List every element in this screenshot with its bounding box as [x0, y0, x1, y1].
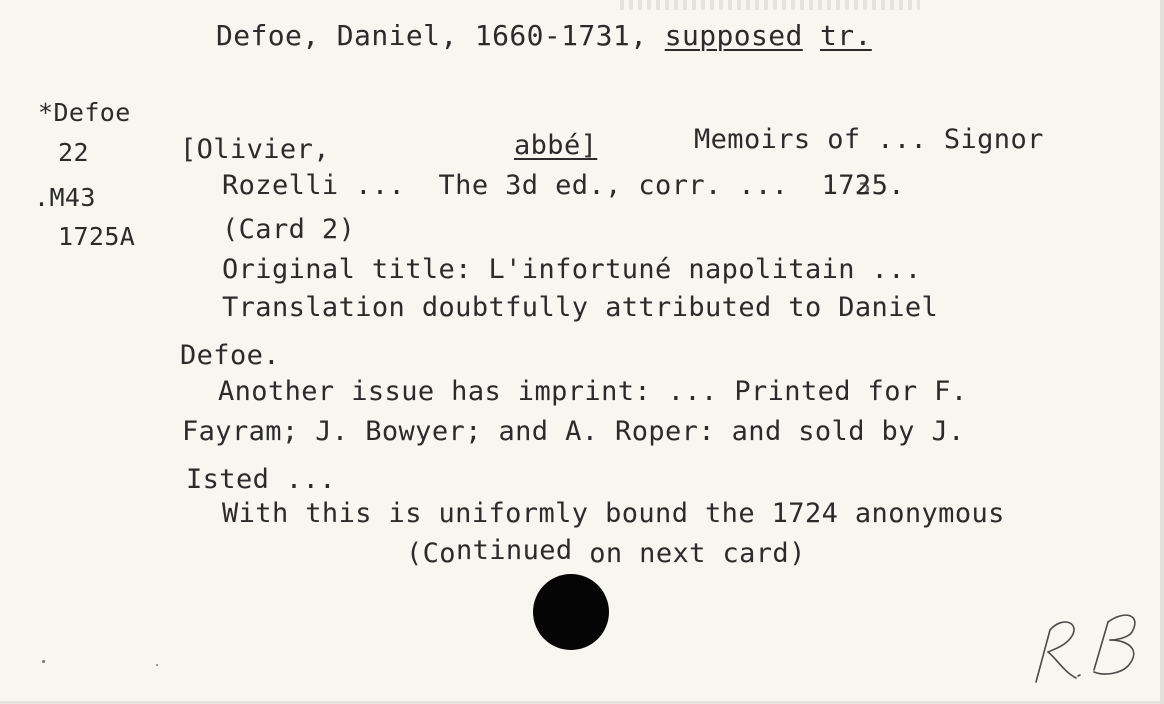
top-edge-stamp-smudge: [620, 0, 920, 10]
catalog-card: Defoe, Daniel, 1660-1731, supposed tr. *…: [0, 0, 1164, 704]
heading-relator-tr: tr.: [820, 19, 872, 52]
call-number-line-3: .M43: [34, 185, 96, 210]
body-author-title: abbé]: [514, 132, 597, 159]
card-heading: Defoe, Daniel, 1660-1731, supposed tr.: [216, 22, 872, 50]
call-number-line-2: 22: [58, 140, 89, 165]
body-bound-with: With this is uniformly bound the 1724 an…: [222, 500, 1005, 527]
handwritten-initials: [1020, 600, 1150, 694]
overstruck-digit: 23: [855, 172, 872, 199]
call-number-line-4: 1725A: [58, 224, 135, 249]
body-card-number: (Card 2): [222, 216, 355, 243]
body-imprint-end: Isted ...: [186, 466, 336, 493]
signature-r-b-icon: [1020, 600, 1150, 690]
body-attribution: Translation doubtfully attributed to Dan…: [222, 294, 938, 321]
body-title-start: Memoirs of ... Signor: [694, 126, 1044, 153]
card-hole-punch: [533, 574, 609, 650]
body-attribution-cont: Defoe.: [180, 342, 280, 369]
body-imprint-cont: Fayram; J. Bowyer; and A. Roper: and sol…: [182, 418, 965, 445]
heading-relator-supposed: supposed: [665, 19, 803, 52]
body-imprint-note: Another issue has imprint: ... Printed f…: [218, 378, 968, 405]
call-number-line-1: *Defoe: [38, 100, 131, 125]
body-original-title: Original title: L'infortuné napolitain .…: [222, 256, 922, 283]
body-abbe: abbé]: [514, 130, 597, 161]
speck: [156, 664, 158, 666]
continued-note: (Continued on next card): [406, 540, 806, 567]
heading-name: Defoe, Daniel, 1660-1731,: [216, 19, 647, 52]
body-author-bracket: [Olivier,: [180, 136, 330, 163]
speck: [42, 660, 45, 663]
body-title-line-2: Rozelli ... The 3d ed., corr. ... 17235.: [222, 172, 905, 199]
